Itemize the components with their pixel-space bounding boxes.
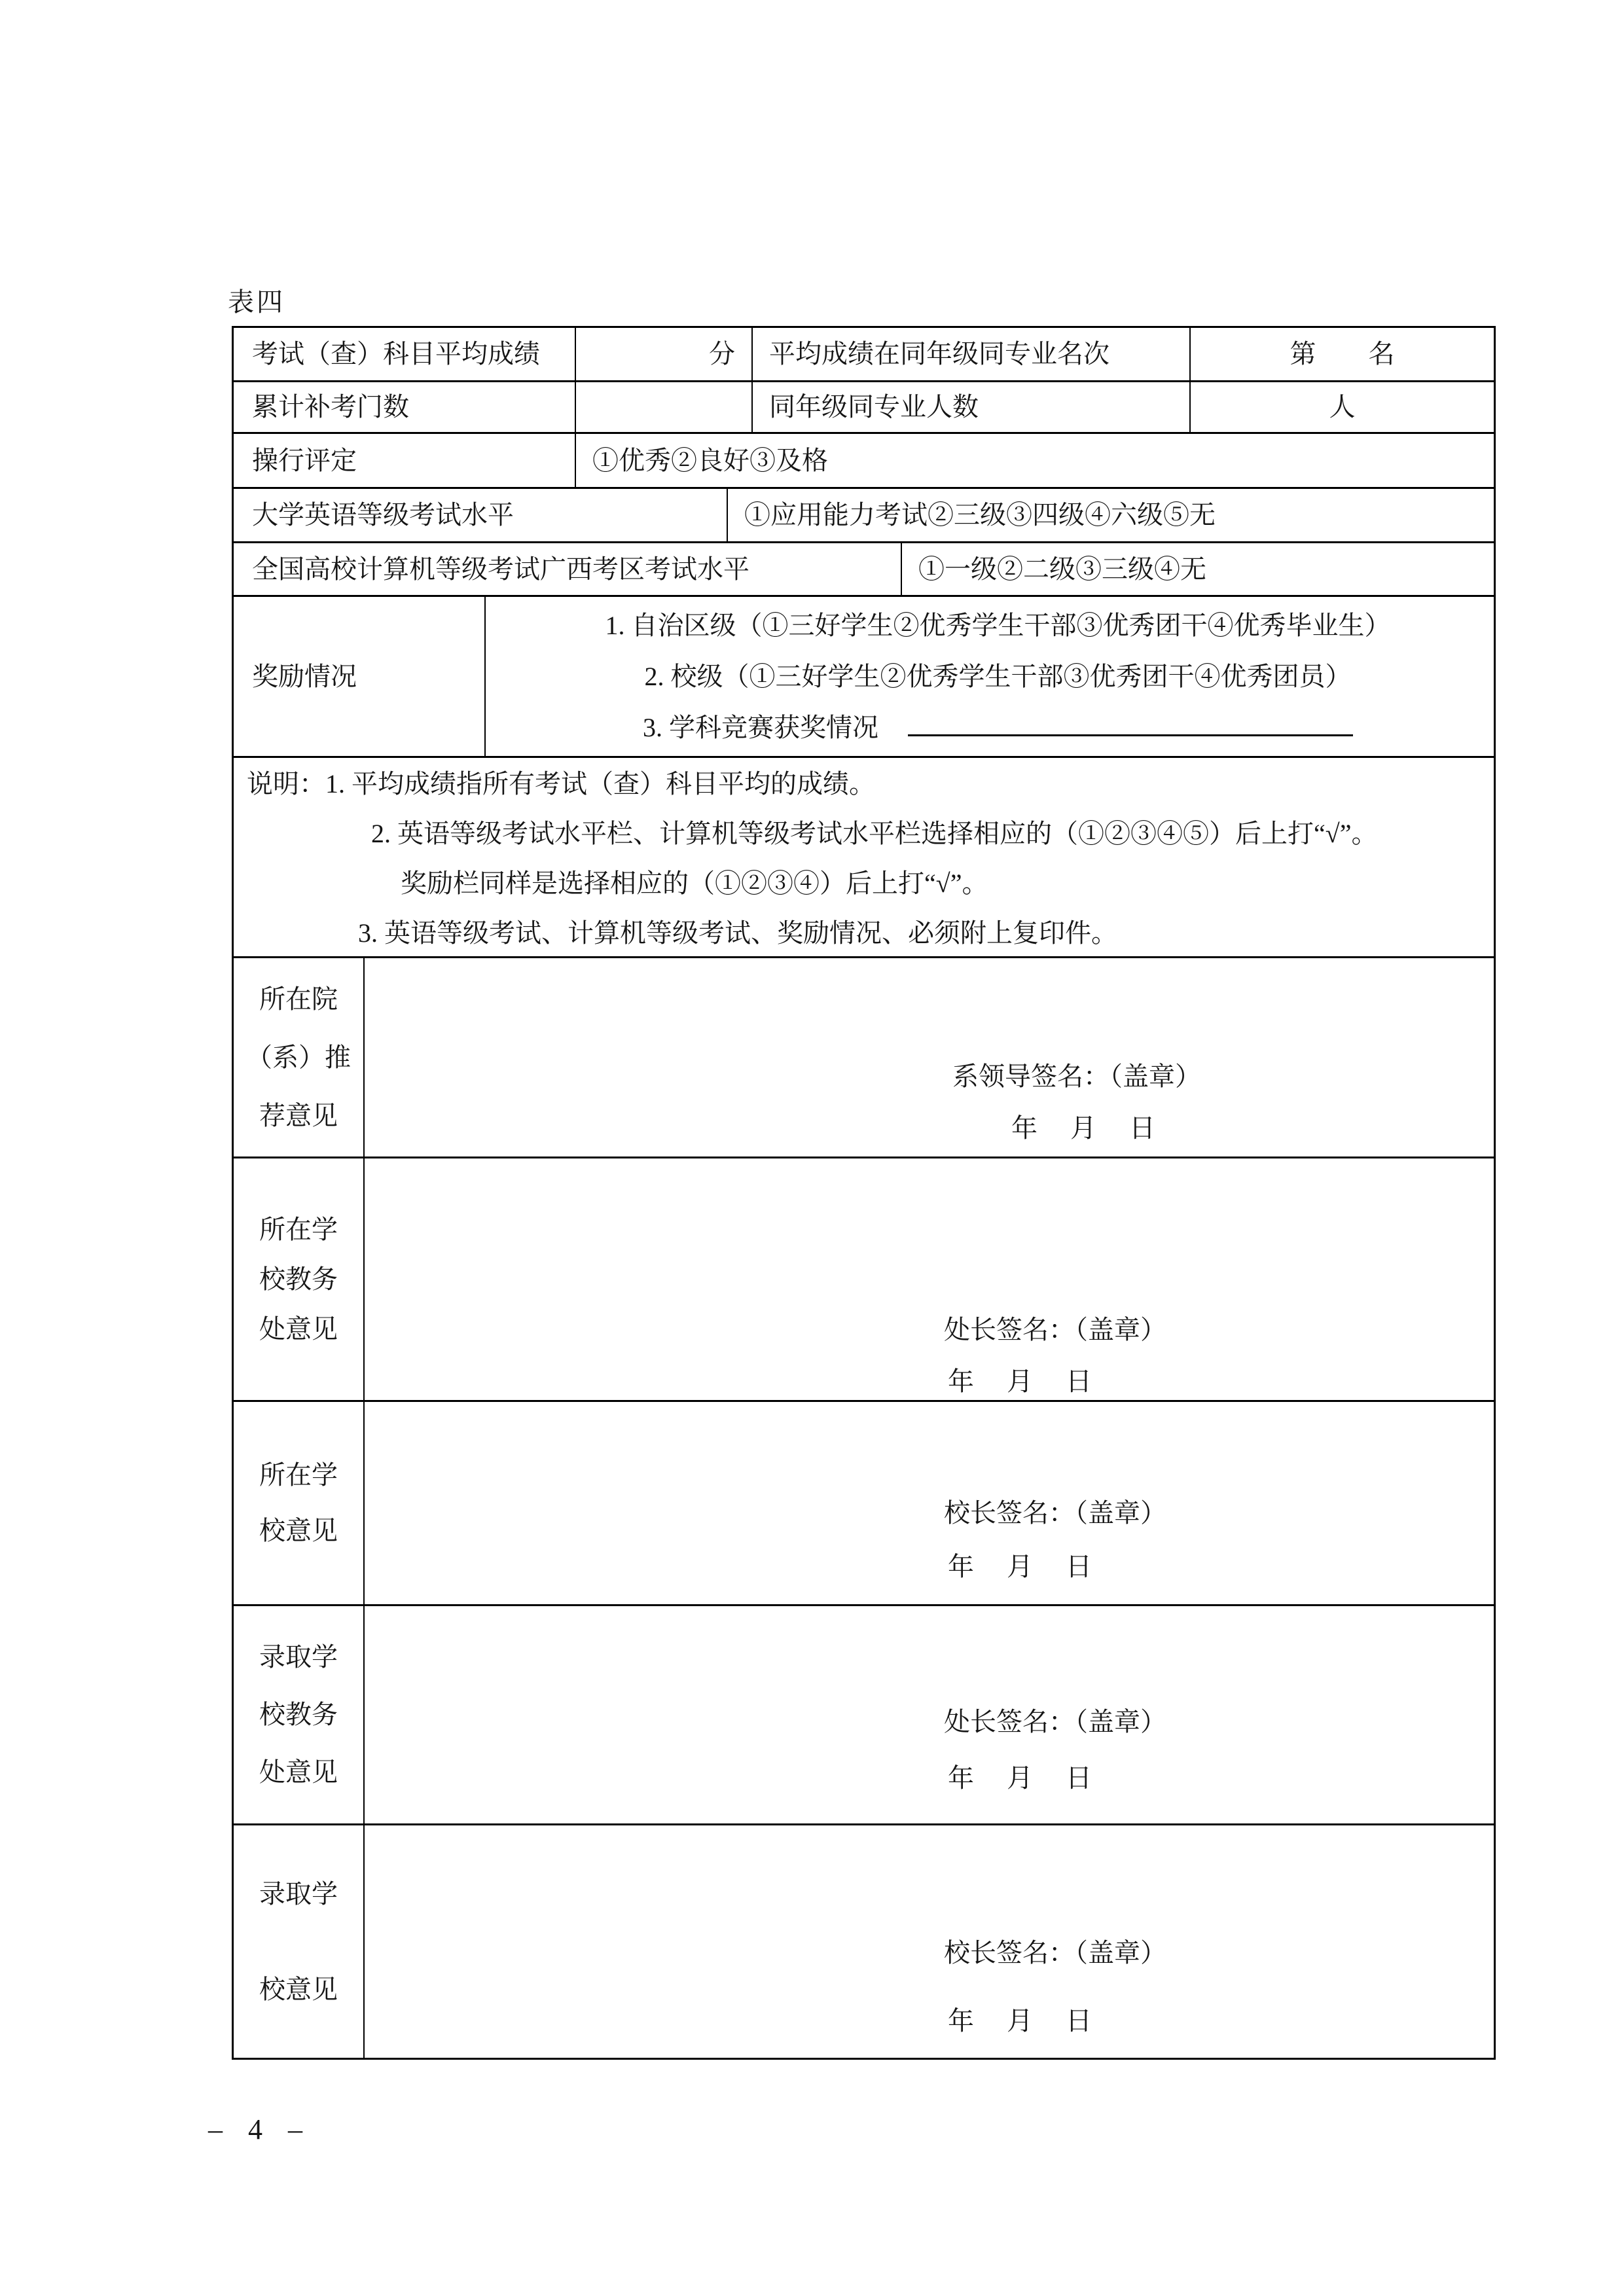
rank-unit: 第 名 [1191, 328, 1494, 380]
makeup-blank-cell [576, 382, 753, 432]
awards-line-competition: 3. 学科竞赛获奖情况 [643, 702, 1353, 753]
awards-line-region: 1. 自治区级（①三好学生②优秀学生干部③优秀团干④优秀毕业生） [605, 600, 1391, 651]
peers-unit: 人 [1191, 382, 1494, 432]
home-office-director-signature-label: 处长签名：（盖章） [944, 1317, 1166, 1343]
admitting-academic-office-area: 处长签名：（盖章） 年 月 日 [365, 1606, 1494, 1823]
form-table: 考试（查）科目平均成绩 分 平均成绩在同年级同专业名次 第 名 累计补考门数 同… [232, 326, 1496, 2060]
peers-label: 同年级同专业人数 [753, 382, 1191, 432]
page-number: – 4 – [208, 2115, 312, 2144]
row-conduct: 操行评定 ①优秀②良好③及格 [234, 434, 1494, 489]
avg-score-unit: 分 [576, 328, 753, 380]
dept-leader-signature-label: 系领导签名：（盖章） [952, 1064, 1201, 1090]
competition-fill-line [908, 715, 1353, 736]
admitting-office-director-signature-label: 处长签名：（盖章） [944, 1709, 1166, 1735]
row-english-level: 大学英语等级考试水平 ①应用能力考试②三级③四级④六级⑤无 [234, 489, 1494, 543]
computer-level-options: ①一级②二级③三级④无 [902, 543, 1494, 595]
dept-date-label: 年 月 日 [1011, 1115, 1155, 1141]
row-notes: 说明：1. 平均成绩指所有考试（查）科目平均的成绩。 2. 英语等级考试水平栏、… [234, 758, 1494, 958]
admitting-principal-signature-label: 校长签名：（盖章） [944, 1940, 1166, 1966]
row-awards: 奖励情况 1. 自治区级（①三好学生②优秀学生干部③优秀团干④优秀毕业生） 2.… [234, 597, 1494, 758]
home-academic-office-area: 处长签名：（盖章） 年 月 日 [365, 1158, 1494, 1400]
home-school-date-label: 年 月 日 [948, 1554, 1092, 1580]
awards-line-school: 2. 校级（①三好学生②优秀学生干部③优秀团干④优秀团员） [645, 651, 1352, 702]
home-school-label: 所在学 校意见 [234, 1402, 365, 1604]
awards-label: 奖励情况 [234, 597, 486, 756]
avg-score-label: 考试（查）科目平均成绩 [234, 328, 576, 380]
admitting-school-label: 录取学 校意见 [234, 1825, 365, 2058]
row-computer-level: 全国高校计算机等级考试广西考区考试水平 ①一级②二级③三级④无 [234, 543, 1494, 597]
section-home-school-academic-office: 所在学 校教务 处意见 处长签名：（盖章） 年 月 日 [234, 1158, 1494, 1402]
conduct-label: 操行评定 [234, 434, 576, 487]
dept-recommendation-label: 所在院 （系）推 荐意见 [234, 958, 365, 1157]
english-level-options: ①应用能力考试②三级③四级④六级⑤无 [728, 489, 1494, 541]
note-2: 2. 英语等级考试水平栏、计算机等级考试水平栏选择相应的（①②③④⑤）后上打“√… [234, 809, 1494, 859]
note-2b: 奖励栏同样是选择相应的（①②③④）后上打“√”。 [234, 859, 1494, 908]
row-makeup-exams: 累计补考门数 同年级同专业人数 人 [234, 382, 1494, 434]
computer-level-label: 全国高校计算机等级考试广西考区考试水平 [234, 543, 902, 595]
awards-options: 1. 自治区级（①三好学生②优秀学生干部③优秀团干④优秀毕业生） 2. 校级（①… [486, 597, 1494, 756]
admitting-academic-office-label: 录取学 校教务 处意见 [234, 1606, 365, 1823]
home-office-date-label: 年 月 日 [948, 1369, 1092, 1395]
admitting-school-area: 校长签名：（盖章） 年 月 日 [365, 1825, 1494, 2058]
makeup-label: 累计补考门数 [234, 382, 576, 432]
note-1: 说明：1. 平均成绩指所有考试（查）科目平均的成绩。 [234, 759, 1494, 809]
dept-recommendation-area: 系领导签名：（盖章） 年 月 日 [365, 958, 1494, 1157]
home-principal-signature-label: 校长签名：（盖章） [944, 1500, 1166, 1526]
home-academic-office-label: 所在学 校教务 处意见 [234, 1158, 365, 1400]
admitting-office-date-label: 年 月 日 [948, 1765, 1092, 1791]
table-caption: 表四 [228, 289, 285, 315]
rank-label: 平均成绩在同年级同专业名次 [753, 328, 1191, 380]
row-average-score: 考试（查）科目平均成绩 分 平均成绩在同年级同专业名次 第 名 [234, 328, 1494, 382]
form-page: 表四 考试（查）科目平均成绩 分 平均成绩在同年级同专业名次 第 名 累计补考门… [0, 0, 1624, 2296]
section-home-school-opinion: 所在学 校意见 校长签名：（盖章） 年 月 日 [234, 1402, 1494, 1606]
note-3: 3. 英语等级考试、计算机等级考试、奖励情况、必须附上复印件。 [234, 908, 1494, 958]
home-school-area: 校长签名：（盖章） 年 月 日 [365, 1402, 1494, 1604]
conduct-options: ①优秀②良好③及格 [576, 434, 1494, 487]
section-admitting-school-opinion: 录取学 校意见 校长签名：（盖章） 年 月 日 [234, 1825, 1494, 2058]
admitting-school-date-label: 年 月 日 [948, 2008, 1092, 2034]
section-department-recommendation: 所在院 （系）推 荐意见 系领导签名：（盖章） 年 月 日 [234, 958, 1494, 1158]
section-admitting-school-academic-office: 录取学 校教务 处意见 处长签名：（盖章） 年 月 日 [234, 1606, 1494, 1825]
english-level-label: 大学英语等级考试水平 [234, 489, 728, 541]
